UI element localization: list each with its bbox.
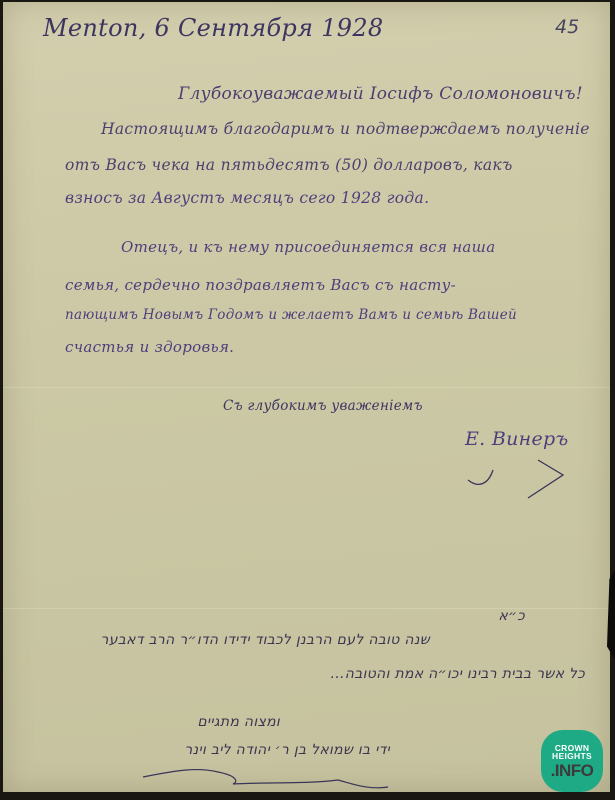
- letter-paper: 45 Menton, 6 Сентября 1928 Глубокоуважае…: [3, 2, 610, 792]
- page-number: 45: [555, 16, 579, 38]
- body-line-1: Настоящимъ благодаримъ и подтверждаемъ п…: [101, 120, 590, 138]
- salutation: Глубокоуважаемый Іосифъ Соломоновичъ!: [178, 84, 583, 104]
- body-line-7: счастья и здоровья.: [65, 338, 234, 356]
- closing: Съ глубокимъ уваженіемъ: [223, 398, 423, 414]
- body-line-2: отъ Васъ чека на пятьдесятъ (50) долларо…: [65, 156, 513, 174]
- hebrew-line-5: ידי בו שמואל בן ר׳ יהודה ליב וינר: [184, 742, 390, 758]
- signature-flourish: [458, 440, 578, 500]
- hebrew-line-3: כל אשר בבית רבינו יכו״ה אמת והטובה...: [331, 666, 585, 682]
- hebrew-line-4: ומצוה מתגיים: [197, 714, 280, 730]
- watermark-line-3: .INFO: [551, 762, 594, 779]
- hebrew-line-1: כ״א: [498, 608, 525, 624]
- paper-fold-line: [3, 387, 610, 388]
- watermark-line-2: HEIGHTS: [552, 752, 592, 761]
- hebrew-signature-flourish: [138, 762, 398, 792]
- body-line-5: семья, сердечно поздравляетъ Васъ съ нас…: [65, 276, 456, 294]
- body-line-6: пающимъ Новымъ Годомъ и желаетъ Вамъ и с…: [65, 307, 517, 323]
- body-line-3: взносъ за Августъ месяцъ сего 1928 года.: [65, 189, 429, 207]
- crownheights-watermark-logo: CROWN HEIGHTS .INFO: [541, 730, 603, 792]
- hebrew-line-2: שנה טובה לעם הרבנן לכבוד ידידו הדו״ר הרב…: [101, 632, 430, 648]
- place-date: Menton, 6 Сентября 1928: [43, 14, 383, 42]
- body-line-4: Отецъ, и къ нему присоединяется вся наша: [121, 238, 495, 256]
